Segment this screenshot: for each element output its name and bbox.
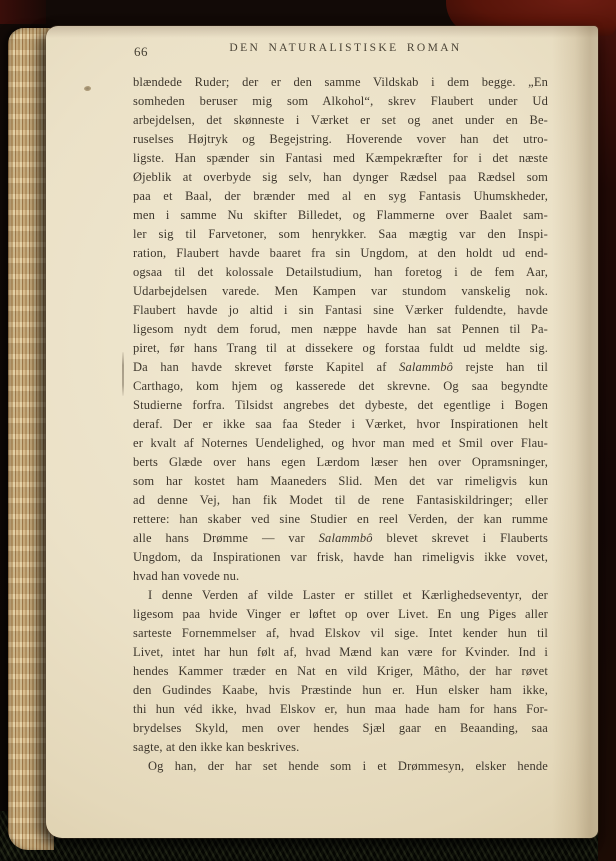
text-line: Livet, intet har hun følt af, hvad Mænd … xyxy=(133,643,548,662)
text-line: ligesom nydt dem forud, men næppe havde … xyxy=(133,320,548,339)
text-line: sagte, at den ikke kan beskrives. xyxy=(133,738,548,757)
text-line: hendes Kammer træder en Nat en vild Krig… xyxy=(133,662,548,681)
book-cover-top-left xyxy=(0,0,46,24)
text-line: ligesom paa hvide Vinger er løftet op ov… xyxy=(133,605,548,624)
text-line: som har kostet ham Maaneders Slid. Men d… xyxy=(133,472,548,491)
text-line: arbejdelsen, det skønneste i Værket er s… xyxy=(133,111,548,130)
italic-book-title: Salammbô xyxy=(399,360,453,374)
book-scan-photo: 66 DEN NATURALISTISKE ROMAN blændede Rud… xyxy=(0,0,616,861)
text-line: Ungdom, da Inspirationen var frisk, havd… xyxy=(133,548,548,567)
page-content: 66 DEN NATURALISTISKE ROMAN blændede Rud… xyxy=(46,26,598,838)
text-line: Udarbejdelsen varede. Men Kampen var stu… xyxy=(133,282,548,301)
text-line: ad denne Vej, han fik Modet til de rene … xyxy=(133,491,548,510)
text-line: alle hans Drømme — var Salammbô blevet s… xyxy=(133,529,548,548)
text-line: ligste. Han spænder sin Fantasi med Kæmp… xyxy=(133,149,548,168)
text-line: ruselses Højtryk og Begejstring. Hoveren… xyxy=(133,130,548,149)
text-line: men i samme Nu skifter Billedet, og Flam… xyxy=(133,206,548,225)
text-line: ogsaa til det kolossale Detailstudium, h… xyxy=(133,263,548,282)
text-line: deraf. Der er ikke saa faa Steder i Værk… xyxy=(133,415,548,434)
book-cover-right-edge xyxy=(598,0,616,861)
text-line: Studierne forfra. Tilsidst angrebes det … xyxy=(133,396,548,415)
text-line: Carthago, kom hjem og kasserede det skre… xyxy=(133,377,548,396)
text-line: ration, Flaubert havde baaret fra sin Un… xyxy=(133,244,548,263)
text-line: sarteste Fornemmelser af, hvad Elskov vi… xyxy=(133,624,548,643)
text-line: den Gudindes Kaabe, hvis Præstinde hun e… xyxy=(133,681,548,700)
italic-book-title: Salammbô xyxy=(319,531,373,545)
book-page: 66 DEN NATURALISTISKE ROMAN blændede Rud… xyxy=(46,26,598,838)
text-line: piret, før hans Trang til at dissekere o… xyxy=(133,339,548,358)
text-line: Flaubert havde jo altid i sin Fantasi si… xyxy=(133,301,548,320)
text-line: I denne Verden af vilde Laster er stille… xyxy=(133,586,548,605)
page-number: 66 xyxy=(134,44,148,60)
text-line: berts Glæde over hans egen Lærdom læser … xyxy=(133,453,548,472)
text-line: somheden beruser mig som Alkohol“, skrev… xyxy=(133,92,548,111)
text-line: thi hun véd ikke, hvad Elskov er, hun ma… xyxy=(133,700,548,719)
text-line: ler sig til Farvetoner, som henrykker. S… xyxy=(133,225,548,244)
text-line: Øjeblik at overbyde sig selv, han dynger… xyxy=(133,168,548,187)
text-line: rettere: han skaber ved sine Studier en … xyxy=(133,510,548,529)
text-line: hvad han vovede nu. xyxy=(133,567,548,586)
text-line: er kvalt af Noternes Uendelighed, og hvo… xyxy=(133,434,548,453)
text-line: paa et Baal, der brænder med al en syg F… xyxy=(133,187,548,206)
running-title: DEN NATURALISTISKE ROMAN xyxy=(133,42,548,54)
page-header: 66 DEN NATURALISTISKE ROMAN xyxy=(133,42,548,60)
text-line: blændede Ruder; der er den samme Vildska… xyxy=(133,73,548,92)
text-line: Da han havde skrevet første Kapitel af S… xyxy=(133,358,548,377)
text-line: brydelses Skyld, men over hendes Sjæl ga… xyxy=(133,719,548,738)
text-block: blændede Ruder; der er den samme Vildska… xyxy=(133,73,548,776)
text-line: Og han, der har set hende som i et Drømm… xyxy=(133,757,548,776)
